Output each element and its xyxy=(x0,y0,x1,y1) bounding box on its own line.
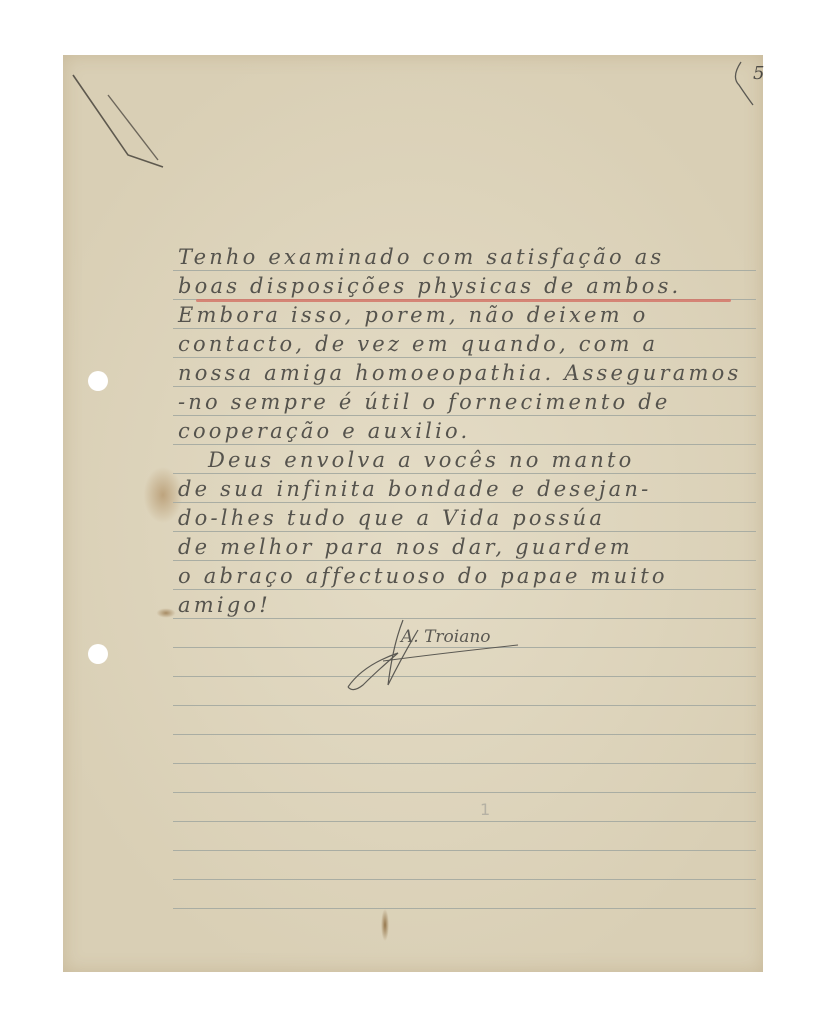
letter-line: contacto, de vez em quando, com a xyxy=(178,330,758,358)
ruled-line xyxy=(173,908,756,909)
letter-line-underlined: boas disposições physicas de ambos. xyxy=(178,272,758,300)
page-number: 5 xyxy=(731,57,771,107)
faint-margin-note: 1 xyxy=(480,800,490,819)
signature-text: A. Troiano xyxy=(401,627,491,647)
letter-line: -no sempre é útil o fornecimento de xyxy=(178,388,758,416)
ruled-line xyxy=(173,763,756,764)
letter-line: nossa amiga homoeopathia. Asseguramos xyxy=(178,359,758,387)
letter-line: do-lhes tudo que a Vida possúa xyxy=(178,504,758,532)
letter-line: cooperação e auxilio. xyxy=(178,417,758,445)
punch-hole-bottom xyxy=(88,644,108,664)
ruled-line xyxy=(173,850,756,851)
punch-hole-top xyxy=(88,371,108,391)
letter-line: Deus envolva a vocês no manto xyxy=(178,446,758,474)
letter-line: o abraço affectuoso do papae muito xyxy=(178,562,758,590)
ruled-line xyxy=(173,879,756,880)
ruled-line xyxy=(173,734,756,735)
bracket-mark-icon xyxy=(731,57,771,107)
corner-pencil-mark xyxy=(63,55,173,175)
letter-line: de sua infinita bondade e desejan- xyxy=(178,475,758,503)
signature: A. Troiano xyxy=(343,615,543,695)
page-number-text: 5 xyxy=(753,63,764,84)
ruled-line xyxy=(173,792,756,793)
ruled-line xyxy=(173,821,756,822)
letter-line: Embora isso, porem, não deixem o xyxy=(178,301,758,329)
letter-line: de melhor para nos dar, guardem xyxy=(178,533,758,561)
ruled-line xyxy=(173,705,756,706)
letter-page: 5 Tenho examinado com satisfação as boas… xyxy=(63,55,763,972)
letter-line: Tenho examinado com satisfação as xyxy=(178,243,758,271)
